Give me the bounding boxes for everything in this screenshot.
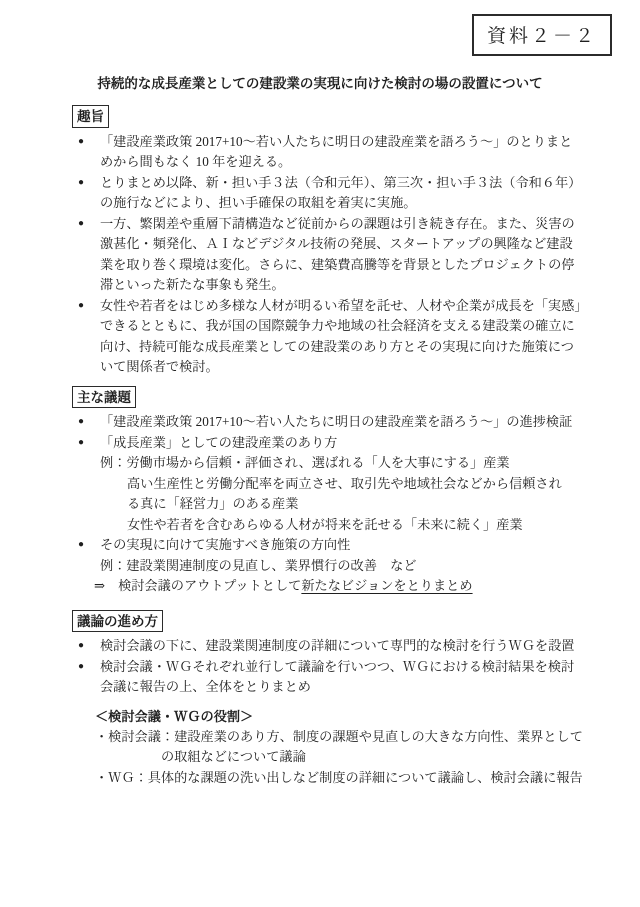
list-item: ● 「成長産業」としての建設産業のあり方 [72, 433, 604, 454]
list-item: ● 一方、繁閑差や重層下請構造など従前からの課題は引き続き存在。また、災害の 激… [72, 214, 604, 296]
text-line: 激甚化・頻発化、ＡＩなどデジタル技術の発展、スタートアップの興隆など建設 [100, 234, 604, 255]
text-line: 一方、繁閑差や重層下請構造など従前からの課題は引き続き存在。また、災害の [100, 214, 604, 235]
text-line: その実現に向けて実施すべき施策の方向性 [100, 535, 604, 556]
bullet-icon: ● [72, 132, 100, 173]
bullet-icon: ● [72, 657, 100, 698]
text-line: とりまとめ以降、新・担い手３法（令和元年）、第三次・担い手３法（令和６年） [100, 173, 604, 194]
conclusion-text: 検討会議のアウトプットとして新たなビジョンをとりまとめ [118, 576, 473, 597]
roles-block: ＜検討会議・ＷＧの役割＞ ・検討会議：建設産業のあり方、制度の課題や見直しの大き… [72, 706, 604, 789]
text-line: 「成長産業」としての建設産業のあり方 [100, 433, 604, 454]
list-item: ● その実現に向けて実施すべき施策の方向性 [72, 535, 604, 556]
list-item: ● 検討会議の下に、建設業関連制度の詳細について専門的な検討を行うＷＧを設置 [72, 636, 604, 657]
section-heading-topics: 主な議題 [72, 386, 136, 409]
doc-label: 資料２－２ [472, 14, 612, 56]
example-line: 女性や若者を含むあらゆる人材が将来を託せる「未来に続く」産業 [72, 515, 604, 536]
text-line: 向け、持続可能な成長産業としての建設業のあり方とその実現に向けた施策につ [100, 337, 604, 358]
bullet-icon: ● [72, 535, 100, 556]
bullet-icon: ● [72, 636, 100, 657]
text-line: 会議に報告の上、全体をとりまとめ [100, 677, 604, 698]
text-line: の施行などにより、担い手確保の取組を着実に実施。 [100, 193, 604, 214]
text-line: できるとともに、我が国の国際競争力や地域の社会経済を支える建設業の確立に [100, 316, 604, 337]
text-line: 女性や若者をはじめ多様な人材が明るい希望を託せ、人材や企業が成長を「実感」 [100, 296, 604, 317]
text-line: 検討会議の下に、建設業関連制度の詳細について専門的な検討を行うＷＧを設置 [100, 636, 604, 657]
text-line: めから間もなく 10 年を迎える。 [100, 152, 604, 173]
section-heading-process: 議論の進め方 [72, 610, 163, 633]
document-body: 趣旨 ● 「建設産業政策 2017+10～若い人たちに明日の建設産業を語ろう～」… [0, 94, 640, 788]
bullet-icon: ● [72, 173, 100, 214]
text-line: いて関係者で検討。 [100, 357, 604, 378]
text-line: 「建設産業政策 2017+10～若い人たちに明日の建設産業を語ろう～」の進捗検証 [100, 412, 604, 433]
example-line: 高い生産性と労働分配率を両立させ、取引先や地域社会などから信頼され [72, 474, 604, 495]
bullet-icon: ● [72, 433, 100, 454]
bullet-icon: ● [72, 214, 100, 296]
process-list: ● 検討会議の下に、建設業関連制度の詳細について専門的な検討を行うＷＧを設置 ●… [72, 636, 604, 698]
bullet-icon: ● [72, 296, 100, 378]
list-item: ● 検討会議・ＷＧそれぞれ並行して議論を行いつつ、ＷＧにおける検討結果を検討 会… [72, 657, 604, 698]
text-line: 検討会議・ＷＧそれぞれ並行して議論を行いつつ、ＷＧにおける検討結果を検討 [100, 657, 604, 678]
example-line: 例：建設業関連制度の見直し、業界慣行の改善 など [72, 556, 604, 577]
list-item: ● 「建設産業政策 2017+10～若い人たちに明日の建設産業を語ろう～」のとり… [72, 132, 604, 173]
right-arrow-icon: ⇒ [94, 576, 105, 597]
conclusion-line: ⇒ 検討会議のアウトプットとして新たなビジョンをとりまとめ [72, 576, 604, 597]
example-line: 例：労働市場から信頼・評価され、選ばれる「人を大事にする」産業 [72, 453, 604, 474]
section-heading-purpose: 趣旨 [72, 105, 109, 128]
text-line: 滞といった新たな事象も発生。 [100, 275, 604, 296]
role-line: の取組などについて議論 [95, 747, 604, 768]
purpose-list: ● 「建設産業政策 2017+10～若い人たちに明日の建設産業を語ろう～」のとり… [72, 132, 604, 378]
text-line: 業を取り巻く環境は変化。さらに、建築費高騰等を背景としたプロジェクトの停 [100, 255, 604, 276]
list-item: ● 「建設産業政策 2017+10～若い人たちに明日の建設産業を語ろう～」の進捗… [72, 412, 604, 433]
bullet-icon: ● [72, 412, 100, 433]
text-line: 「建設産業政策 2017+10～若い人たちに明日の建設産業を語ろう～」のとりまと [100, 132, 604, 153]
underlined-text: 新たなビジョンをとりまとめ [301, 578, 472, 593]
topics-list: ● 「建設産業政策 2017+10～若い人たちに明日の建設産業を語ろう～」の進捗… [72, 412, 604, 597]
list-item: ● 女性や若者をはじめ多様な人材が明るい希望を託せ、人材や企業が成長を「実感」 … [72, 296, 604, 378]
roles-heading: ＜検討会議・ＷＧの役割＞ [95, 706, 604, 727]
example-line: る真に「経営力」のある産業 [72, 494, 604, 515]
role-line: ・ＷＧ：具体的な課題の洗い出しなど制度の詳細について議論し、検討会議に報告 [95, 768, 604, 789]
list-item: ● とりまとめ以降、新・担い手３法（令和元年）、第三次・担い手３法（令和６年） … [72, 173, 604, 214]
role-line: ・検討会議：建設産業のあり方、制度の課題や見直しの大きな方向性、業界として [95, 727, 604, 748]
